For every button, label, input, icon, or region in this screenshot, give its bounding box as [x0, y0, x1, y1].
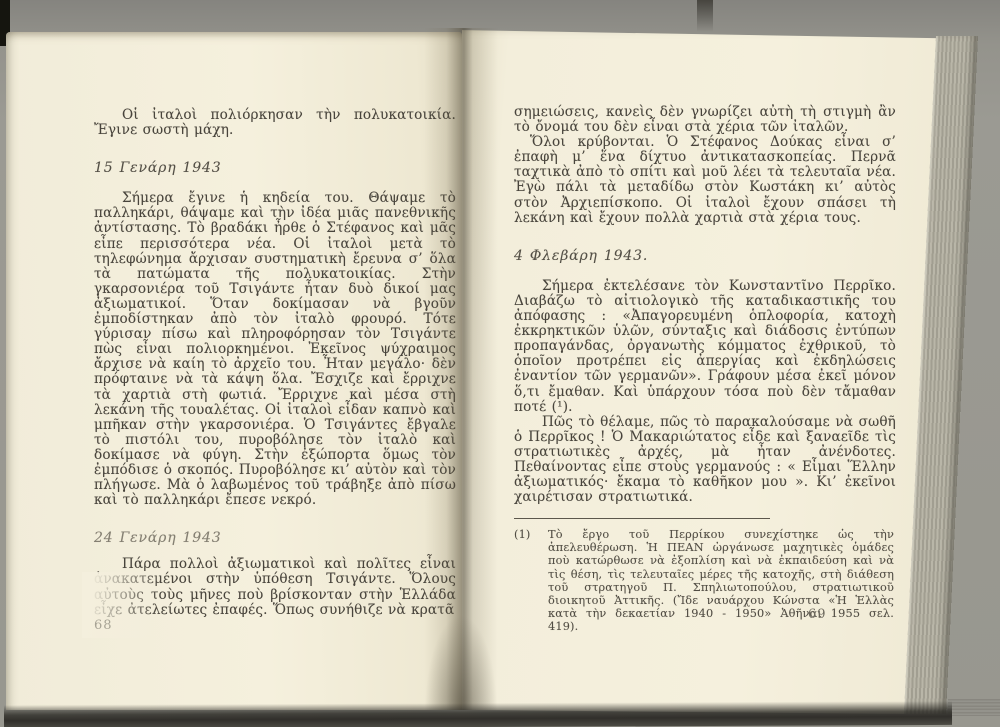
date-heading-jan24: 24 Γενάρη 1943 — [94, 531, 456, 546]
footnote: (1) Τὸ ἔργο τοῦ Περρίκου συνεχίστηκε ὡς … — [514, 528, 894, 633]
right-page-text: σημειώσεις, κανεὶς δὲν γνωρίζει αὐτὴ τὴ … — [514, 105, 896, 633]
paragraph-notes-continued: σημειώσεις, κανεὶς δὲν γνωρίζει αὐτὴ τὴ … — [514, 105, 896, 135]
paragraph-everyone-hiding: Ὅλοι κρύβονται. Ὁ Στέφανος Δούκας εἶναι … — [514, 135, 896, 226]
footnote-divider — [514, 518, 770, 519]
footnote-text: Τὸ ἔργο τοῦ Περρίκου συνεχίστηκε ὡς τὴν … — [548, 528, 894, 633]
right-page: σημειώσεις, κανεὶς δὲν γνωρίζει αὐτὴ τὴ … — [462, 26, 949, 714]
footnote-marker: (1) — [514, 528, 531, 541]
left-page-text: Οἱ ἰταλοὶ πολιόρκησαν τὴν πολυκατοικία. … — [94, 108, 456, 618]
date-heading-jan15: 15 Γενάρη 1943 — [94, 161, 456, 176]
paragraph-perrikos-execution: Σήμερα ἐκτελέσανε τὸν Κωνσταντῖνο Περρῖκ… — [514, 279, 896, 415]
book-bottom-edge-shadow — [4, 701, 952, 727]
page-number-right: 69 — [808, 607, 827, 622]
book-scan: Οἱ ἰταλοὶ πολιόρκησαν τὴν πολυκατοικία. … — [0, 0, 1000, 727]
paragraph-perrikos-last-words: Πῶς τὸ θέλαμε, πῶς τὸ παρακαλούσαμε νὰ σ… — [514, 415, 896, 506]
paragraph-tsigante-affair: Πάρα πολλοὶ ἀξιωματικοὶ καὶ πολῖτες εἶνα… — [94, 557, 456, 617]
left-page: Οἱ ἰταλοὶ πολιόρκησαν τὴν πολυκατοικία. … — [6, 32, 462, 710]
paragraph-siege: Οἱ ἰταλοὶ πολιόρκησαν τὴν πολυκατοικία. … — [94, 108, 456, 138]
scanner-top-notch — [697, 0, 713, 32]
page-stack-bottom-edge — [948, 699, 1000, 716]
date-heading-feb4: 4 Φλεβάρη 1943. — [514, 249, 896, 264]
paragraph-funeral: Σήμερα ἔγινε ἡ κηδεία του. Θάψαμε τὸ παλ… — [94, 191, 456, 508]
page-number-left: 68 — [94, 618, 113, 633]
